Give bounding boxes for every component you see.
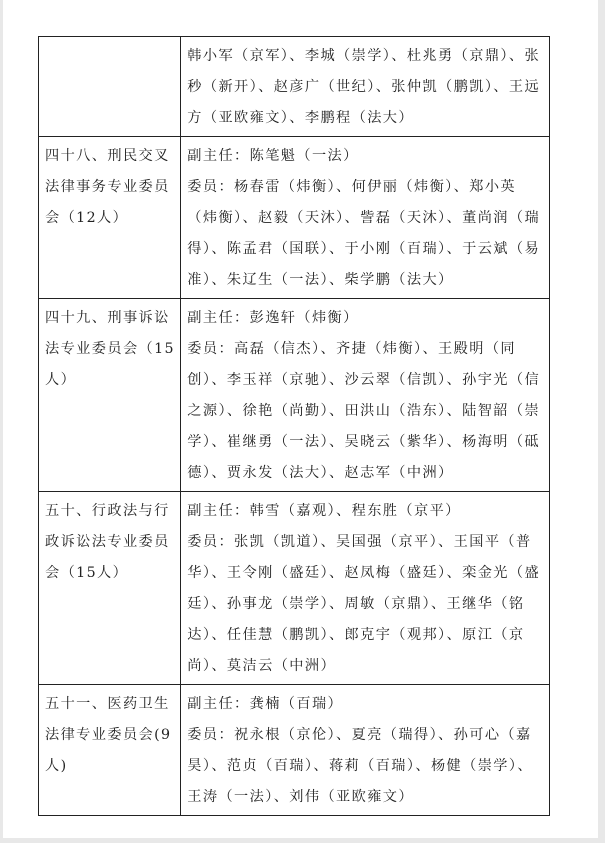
committee-name-cell: 四十九、刑事诉讼法专业委员会（15人） <box>39 299 181 492</box>
committee-members-cell: 副主任：龚楠（百瑞） 委员：祝永根（京伦）、夏亮（瑞得）、孙可心（嘉昊）、范贞（… <box>181 685 550 816</box>
table-row: 四十九、刑事诉讼法专业委员会（15人） 副主任：彭逸轩（炜衡） 委员：高磊（信杰… <box>39 299 550 492</box>
table-row: 韩小军（京军）、李城（崇学）、杜兆勇（京鼎）、张秒（新开）、赵彦广（世纪）、张仲… <box>39 37 550 137</box>
members-text: 委员：高磊（信杰）、齐捷（炜衡）、王殿明（同创）、李玉祥（京驰）、沙云翠（信凯）… <box>187 334 544 489</box>
committee-members-cell: 副主任：韩雪（嘉观）、程东胜（京平） 委员：张凯（凯道）、吴国强（京平）、王国平… <box>181 492 550 685</box>
table-row: 五十一、医药卫生法律专业委员会(9人) 副主任：龚楠（百瑞） 委员：祝永根（京伦… <box>39 685 550 816</box>
vice-director-text: 副主任：龚楠（百瑞） <box>187 689 544 720</box>
members-text: 韩小军（京军）、李城（崇学）、杜兆勇（京鼎）、张秒（新开）、赵彦广（世纪）、张仲… <box>187 41 544 134</box>
committee-name-cell <box>39 37 181 137</box>
committee-members-cell: 副主任：陈笔魁（一法） 委员：杨春雷（炜衡）、何伊丽（炜衡）、郑小英（炜衡）、赵… <box>181 137 550 299</box>
committee-members-cell: 副主任：彭逸轩（炜衡） 委员：高磊（信杰）、齐捷（炜衡）、王殿明（同创）、李玉祥… <box>181 299 550 492</box>
vice-director-text: 副主任：陈笔魁（一法） <box>187 141 544 172</box>
committee-name-cell: 四十八、刑民交叉法律事务专业委员会（12人） <box>39 137 181 299</box>
members-text: 委员：张凯（凯道）、吴国强（京平）、王国平（普华）、王令刚（盛廷）、赵凤梅（盛廷… <box>187 527 544 682</box>
vice-director-text: 副主任：韩雪（嘉观）、程东胜（京平） <box>187 496 544 527</box>
committee-name-cell: 五十一、医药卫生法律专业委员会(9人) <box>39 685 181 816</box>
table-row: 四十八、刑民交叉法律事务专业委员会（12人） 副主任：陈笔魁（一法） 委员：杨春… <box>39 137 550 299</box>
members-text: 委员：祝永根（京伦）、夏亮（瑞得）、孙可心（嘉昊）、范贞（百瑞）、蒋莉（百瑞）、… <box>187 720 544 813</box>
members-text: 委员：杨春雷（炜衡）、何伊丽（炜衡）、郑小英（炜衡）、赵毅（天沐）、訾磊（天沐）… <box>187 172 544 296</box>
table-row: 五十、行政法与行政诉讼法专业委员会（15人） 副主任：韩雪（嘉观）、程东胜（京平… <box>39 492 550 685</box>
vice-director-text: 副主任：彭逸轩（炜衡） <box>187 303 544 334</box>
committee-members-cell: 韩小军（京军）、李城（崇学）、杜兆勇（京鼎）、张秒（新开）、赵彦广（世纪）、张仲… <box>181 37 550 137</box>
committee-table: 韩小军（京军）、李城（崇学）、杜兆勇（京鼎）、张秒（新开）、赵彦广（世纪）、张仲… <box>38 36 550 816</box>
committee-name-cell: 五十、行政法与行政诉讼法专业委员会（15人） <box>39 492 181 685</box>
document-page: 韩小军（京军）、李城（崇学）、杜兆勇（京鼎）、张秒（新开）、赵彦广（世纪）、张仲… <box>3 0 598 838</box>
